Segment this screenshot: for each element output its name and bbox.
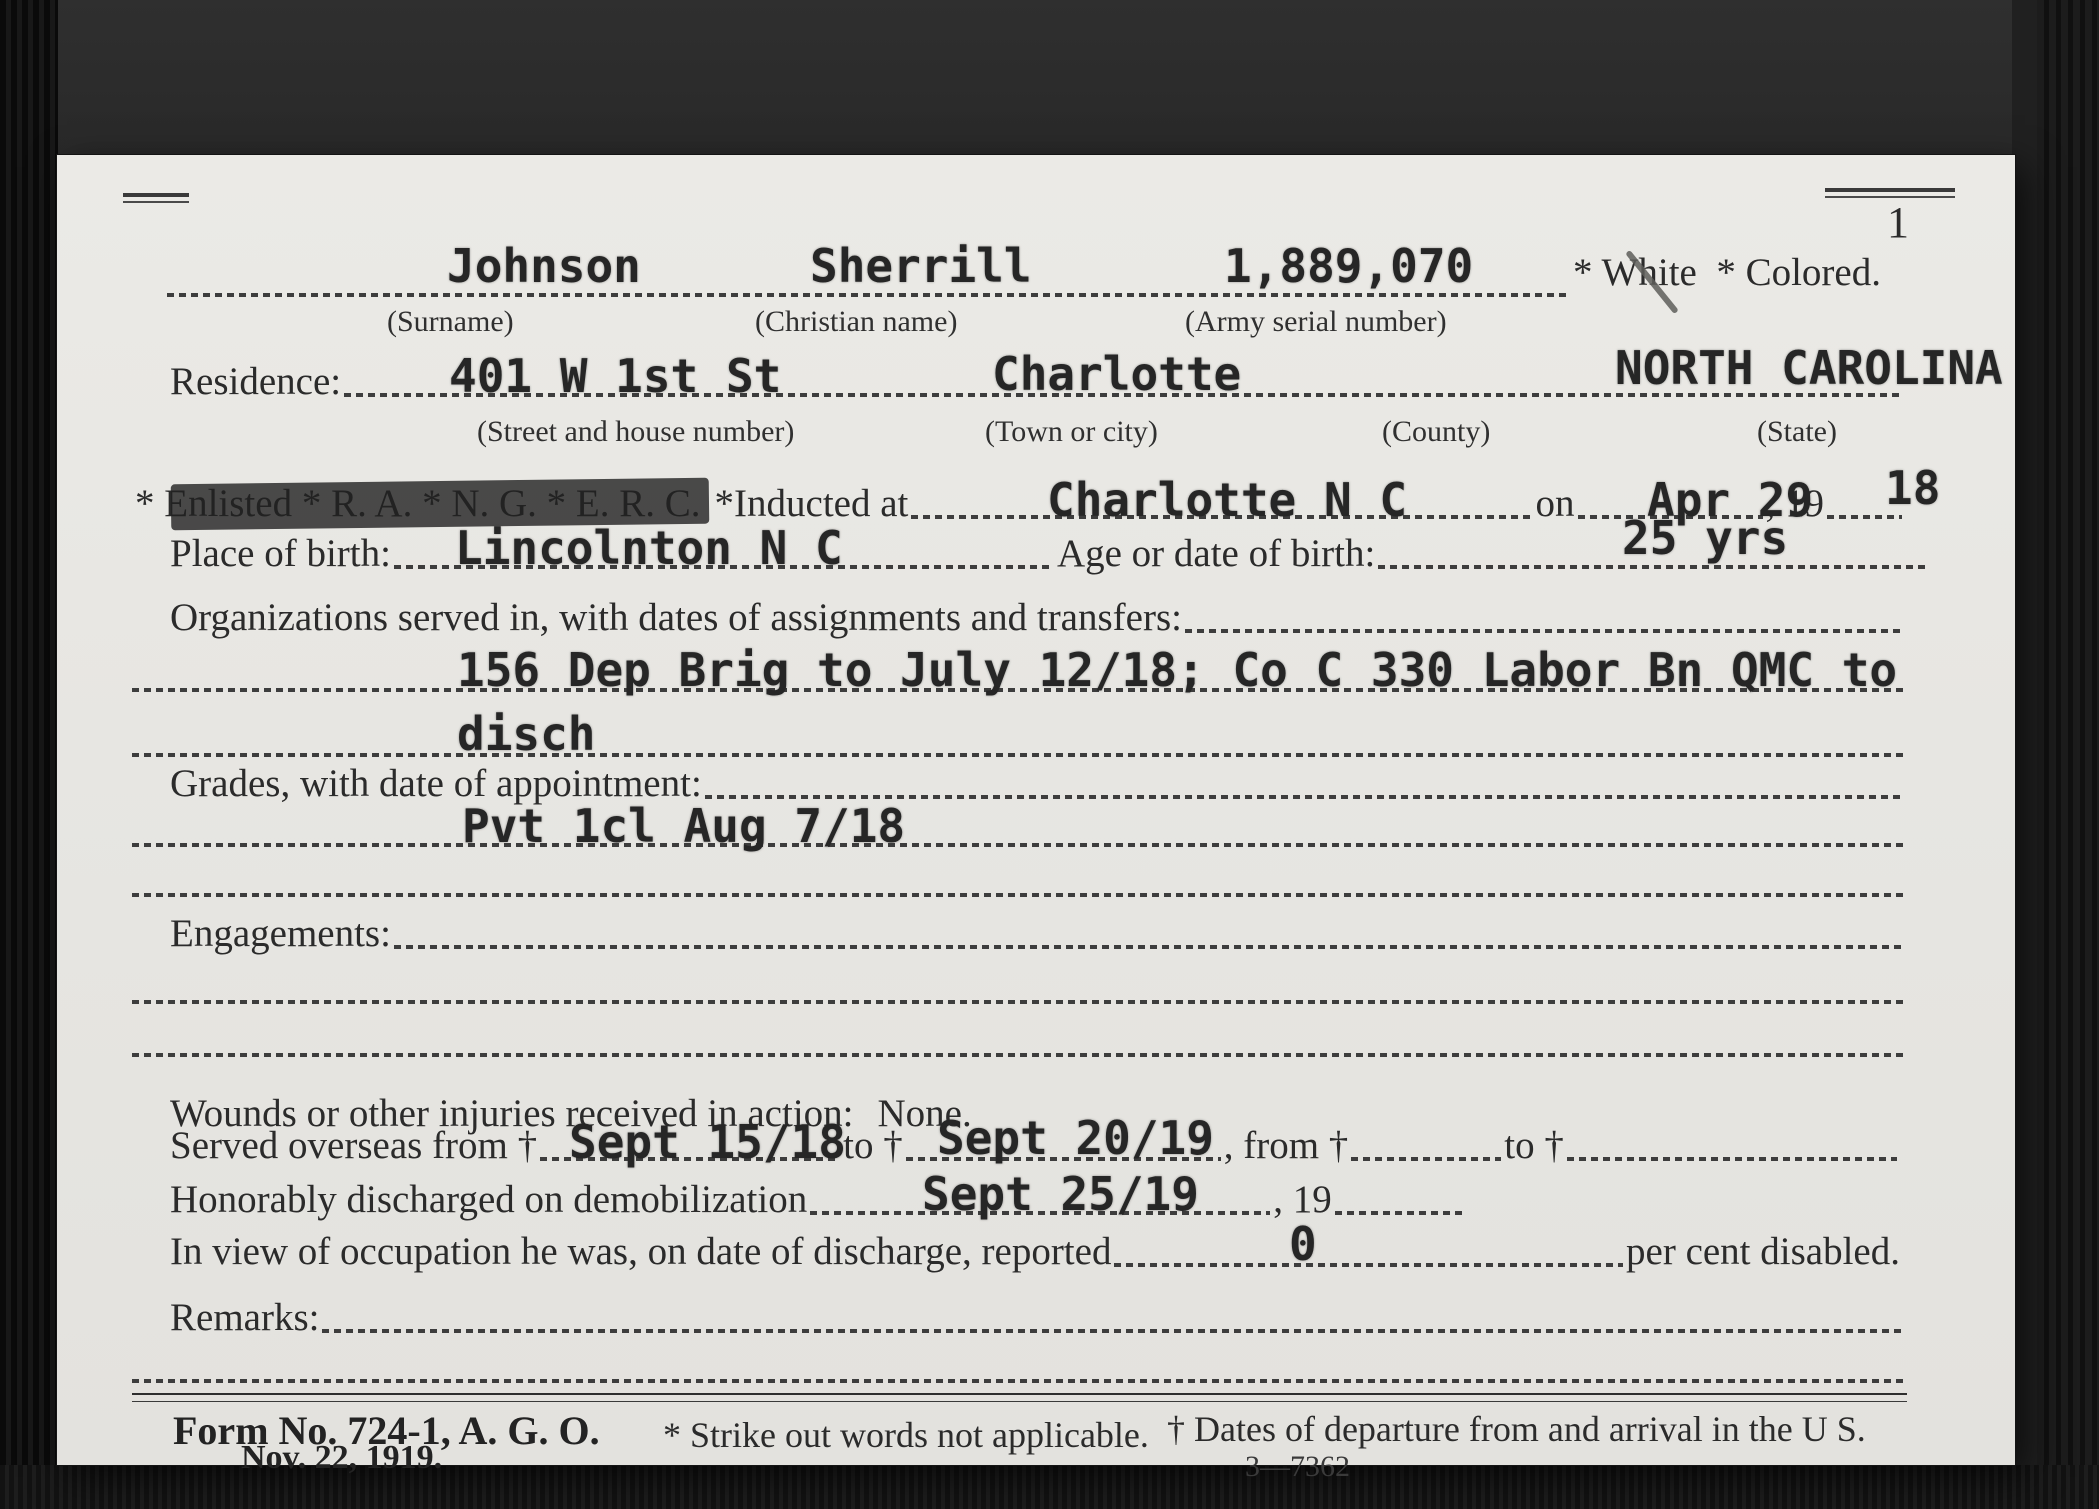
army-serial-number-value: 1,889,070 [1224, 243, 1473, 289]
grades-row: Grades, with date of appointment: [170, 761, 1905, 807]
strike-note-text: * Strike out words not applicable. [663, 1413, 1149, 1457]
engagements-row: Engagements: [170, 911, 1905, 957]
christian-name-label: (Christian name) [755, 305, 957, 339]
remarks-ruled-line [322, 1329, 1902, 1333]
service-record-card: 1 Johnson Sherrill 1,889,070 * White * C… [57, 155, 2015, 1465]
engagements-label: Engagements: [170, 911, 391, 957]
county-label: (County) [1382, 415, 1490, 449]
state-label: (State) [1757, 415, 1837, 449]
town-value: Charlotte [992, 351, 1241, 397]
birthplace-value: Lincolnton N C [455, 525, 843, 571]
overseas-from2-label: , from † [1224, 1123, 1349, 1169]
disability-row: In view of occupation he was, on date of… [170, 1229, 1900, 1275]
christian-name-value: Sherrill [810, 243, 1032, 289]
overseas-to2-label: to † [1504, 1123, 1564, 1169]
overseas-from-date-value: Sept 15/18 [569, 1119, 846, 1165]
organizations-line1-value: 156 Dep Brig to July 12/18; Co C 330 Lab… [457, 647, 1897, 693]
organizations-line2-value: disch [457, 711, 595, 757]
state-value: NORTH CAROLINA [1615, 345, 2003, 391]
discharge-year-ruled-line [1335, 1211, 1465, 1215]
disability-percent-value: 0 [1289, 1221, 1317, 1267]
age-value: 25 yrs [1622, 515, 1788, 561]
top-left-tally-mark [123, 193, 189, 203]
page-number: 1 [1887, 197, 1909, 248]
induction-year-value: 18 [1885, 465, 1940, 511]
form-date-text: Nov. 22, 1919. [241, 1439, 442, 1477]
disability-ruled-line [1114, 1263, 1623, 1267]
blank-ruled-line-4 [132, 1379, 1907, 1383]
remarks-label: Remarks: [170, 1295, 319, 1341]
blank-ruled-line-1 [132, 893, 1907, 897]
scan-background-top [0, 0, 2099, 156]
scan-background-shadow [2012, 0, 2037, 1509]
place-of-birth-label: Place of birth: [170, 531, 391, 577]
engagements-ruled-line [394, 945, 1902, 949]
inducted-place-value: Charlotte N C [1047, 477, 1407, 523]
organizations-ruled-line [1185, 629, 1902, 633]
overseas-from2-ruled-line [1351, 1157, 1501, 1161]
disability-label: In view of occupation he was, on date of… [170, 1229, 1111, 1275]
overseas-label: Served overseas from † [170, 1123, 537, 1169]
disability-suffix-label: per cent disabled. [1626, 1229, 1900, 1275]
organizations-ruled-line-3 [132, 753, 1907, 757]
street-value: 401 W 1st St [449, 353, 781, 399]
residence-label: Residence: [170, 359, 341, 405]
footer-rule-line [132, 1393, 1907, 1402]
blank-ruled-line-2 [132, 1000, 1907, 1004]
blank-ruled-line-3 [132, 1053, 1907, 1057]
organizations-row: Organizations served in, with dates of a… [170, 595, 1905, 641]
scan-page: 1 Johnson Sherrill 1,889,070 * White * C… [0, 0, 2099, 1509]
overseas-to-date-value: Sept 20/19 [937, 1115, 1214, 1161]
grade-value: Pvt 1cl Aug 7/18 [462, 803, 905, 849]
remarks-row: Remarks: [170, 1295, 1905, 1341]
print-code-text: 3—7362 [1245, 1445, 1350, 1489]
overseas-to2-ruled-line [1567, 1157, 1897, 1161]
overseas-to-label: to † [843, 1123, 903, 1169]
race-options-text: * White * Colored. [1573, 251, 1881, 295]
street-label: (Street and house number) [477, 415, 794, 449]
army-serial-label: (Army serial number) [1185, 305, 1447, 339]
discharge-label: Honorably discharged on demobilization [170, 1177, 807, 1223]
scan-background-left-binding [0, 0, 58, 1509]
discharge-row: Honorably discharged on demobilization ,… [170, 1177, 1468, 1223]
induction-year-ruled-line [1827, 515, 1902, 519]
age-label: Age or date of birth: [1057, 531, 1375, 577]
grades-ruled-line-2 [132, 843, 1907, 847]
on-label: on [1536, 481, 1575, 527]
age-ruled-line [1378, 565, 1927, 569]
surname-label: (Surname) [387, 305, 514, 339]
town-label: (Town or city) [985, 415, 1158, 449]
discharge-date-value: Sept 25/19 [922, 1171, 1199, 1217]
scan-background-right-edge [2037, 0, 2099, 1509]
surname-value: Johnson [447, 243, 641, 289]
organizations-label: Organizations served in, with dates of a… [170, 595, 1182, 641]
name-ruled-line [167, 293, 1567, 297]
